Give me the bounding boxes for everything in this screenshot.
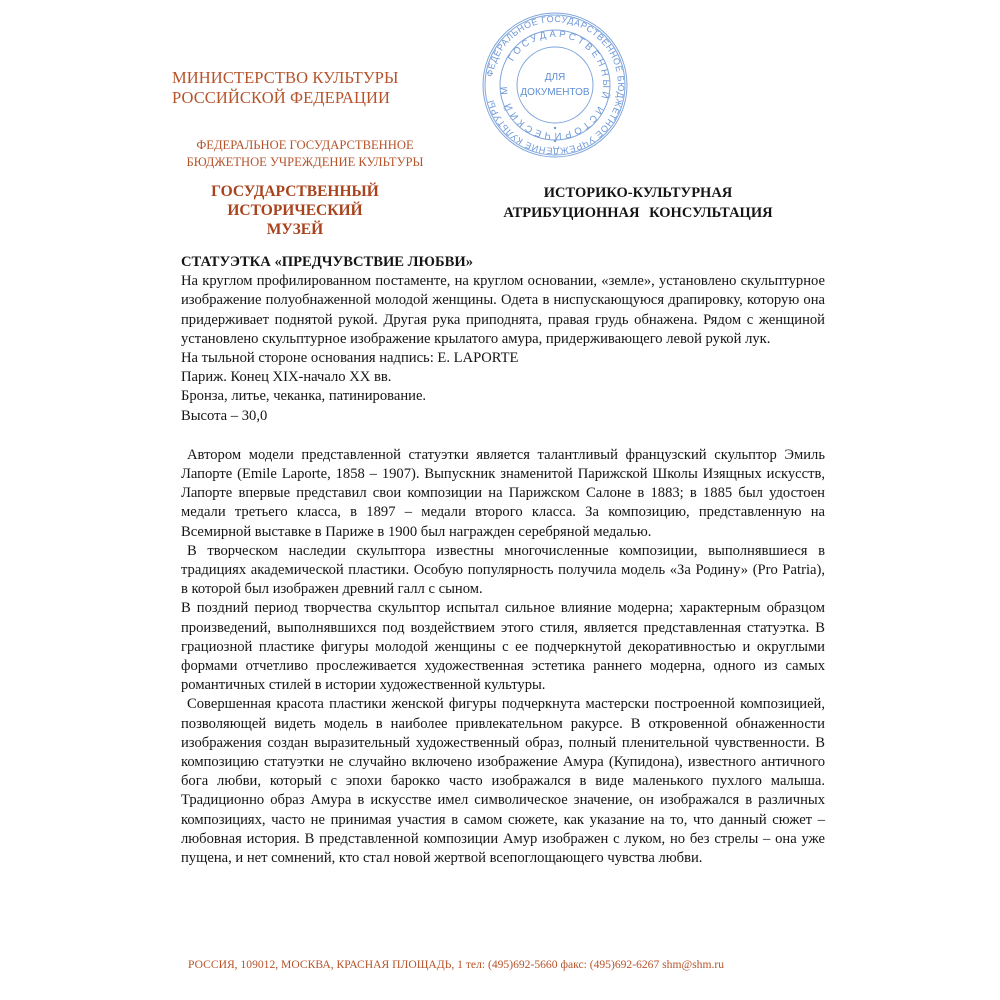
subject-inscription: На тыльной стороне основания надпись: E.… [181, 349, 825, 368]
institution-line: БЮДЖЕТНОЕ УЧРЕЖДЕНИЕ КУЛЬТУРЫ [170, 154, 440, 171]
footer-email[interactable]: shm@shm.ru [662, 958, 724, 971]
official-stamp-icon: ФЕДЕРАЛЬНОЕ ГОСУДАРСТВЕННОЕ БЮДЖЕТНОЕ УЧ… [480, 10, 630, 160]
subject-height: Высота – 30,0 [181, 407, 825, 426]
body-paragraph: В поздний период творчества скульптор ис… [181, 599, 825, 695]
footer-address: РОССИЯ, 109012, МОСКВА, КРАСНАЯ ПЛОЩАДЬ,… [188, 958, 463, 971]
body-paragraph: В творческом наследии скульптора известн… [181, 542, 825, 600]
ministry-line: РОССИЙСКОЙ ФЕДЕРАЦИИ [172, 88, 472, 108]
document-body: СТАТУЭТКА «ПРЕДЧУВСТВИЕ ЛЮБВИ» На кругло… [181, 253, 825, 868]
footer-contacts: РОССИЯ, 109012, МОСКВА, КРАСНАЯ ПЛОЩАДЬ,… [188, 958, 828, 971]
subject-title: СТАТУЭТКА «ПРЕДЧУВСТВИЕ ЛЮБВИ» [181, 253, 825, 272]
museum-line: ГОСУДАРСТВЕННЫЙ [170, 182, 420, 201]
ministry-line: МИНИСТЕРСТВО КУЛЬТУРЫ [172, 68, 472, 88]
spacer [181, 426, 825, 446]
subject-description: На круглом профилированном постаменте, н… [181, 272, 825, 349]
museum-line: МУЗЕЙ [170, 220, 420, 239]
letterhead-institution-type: ФЕДЕРАЛЬНОЕ ГОСУДАРСТВЕННОЕ БЮДЖЕТНОЕ УЧ… [170, 137, 440, 171]
document-title-line: ИСТОРИКО-КУЛЬТУРНАЯ [468, 183, 808, 203]
subject-material: Бронза, литье, чеканка, патинирование. [181, 387, 825, 406]
footer-fax: факс: (495)692-6267 [560, 958, 659, 971]
letterhead-ministry: МИНИСТЕРСТВО КУЛЬТУРЫ РОССИЙСКОЙ ФЕДЕРАЦ… [172, 68, 472, 108]
document-title-line: АТРИБУЦИОННАЯ КОНСУЛЬТАЦИЯ [468, 203, 808, 223]
letterhead-museum-name: ГОСУДАРСТВЕННЫЙ ИСТОРИЧЕСКИЙ МУЗЕЙ [170, 182, 420, 239]
institution-line: ФЕДЕРАЛЬНОЕ ГОСУДАРСТВЕННОЕ [170, 137, 440, 154]
stamp-center-line: ДОКУМЕНТОВ [520, 87, 590, 98]
document-title: ИСТОРИКО-КУЛЬТУРНАЯ АТРИБУЦИОННАЯ КОНСУЛ… [468, 183, 808, 223]
body-paragraph: Автором модели представленной статуэтки … [181, 446, 825, 542]
museum-line: ИСТОРИЧЕСКИЙ [170, 201, 420, 220]
stamp-center-line: ДЛЯ [545, 72, 566, 83]
subject-origin: Париж. Конец XIX-начало XX вв. [181, 368, 825, 387]
footer-phone: тел: (495)692-5660 [466, 958, 558, 971]
body-paragraph: Совершенная красота пластики женской фиг… [181, 695, 825, 868]
